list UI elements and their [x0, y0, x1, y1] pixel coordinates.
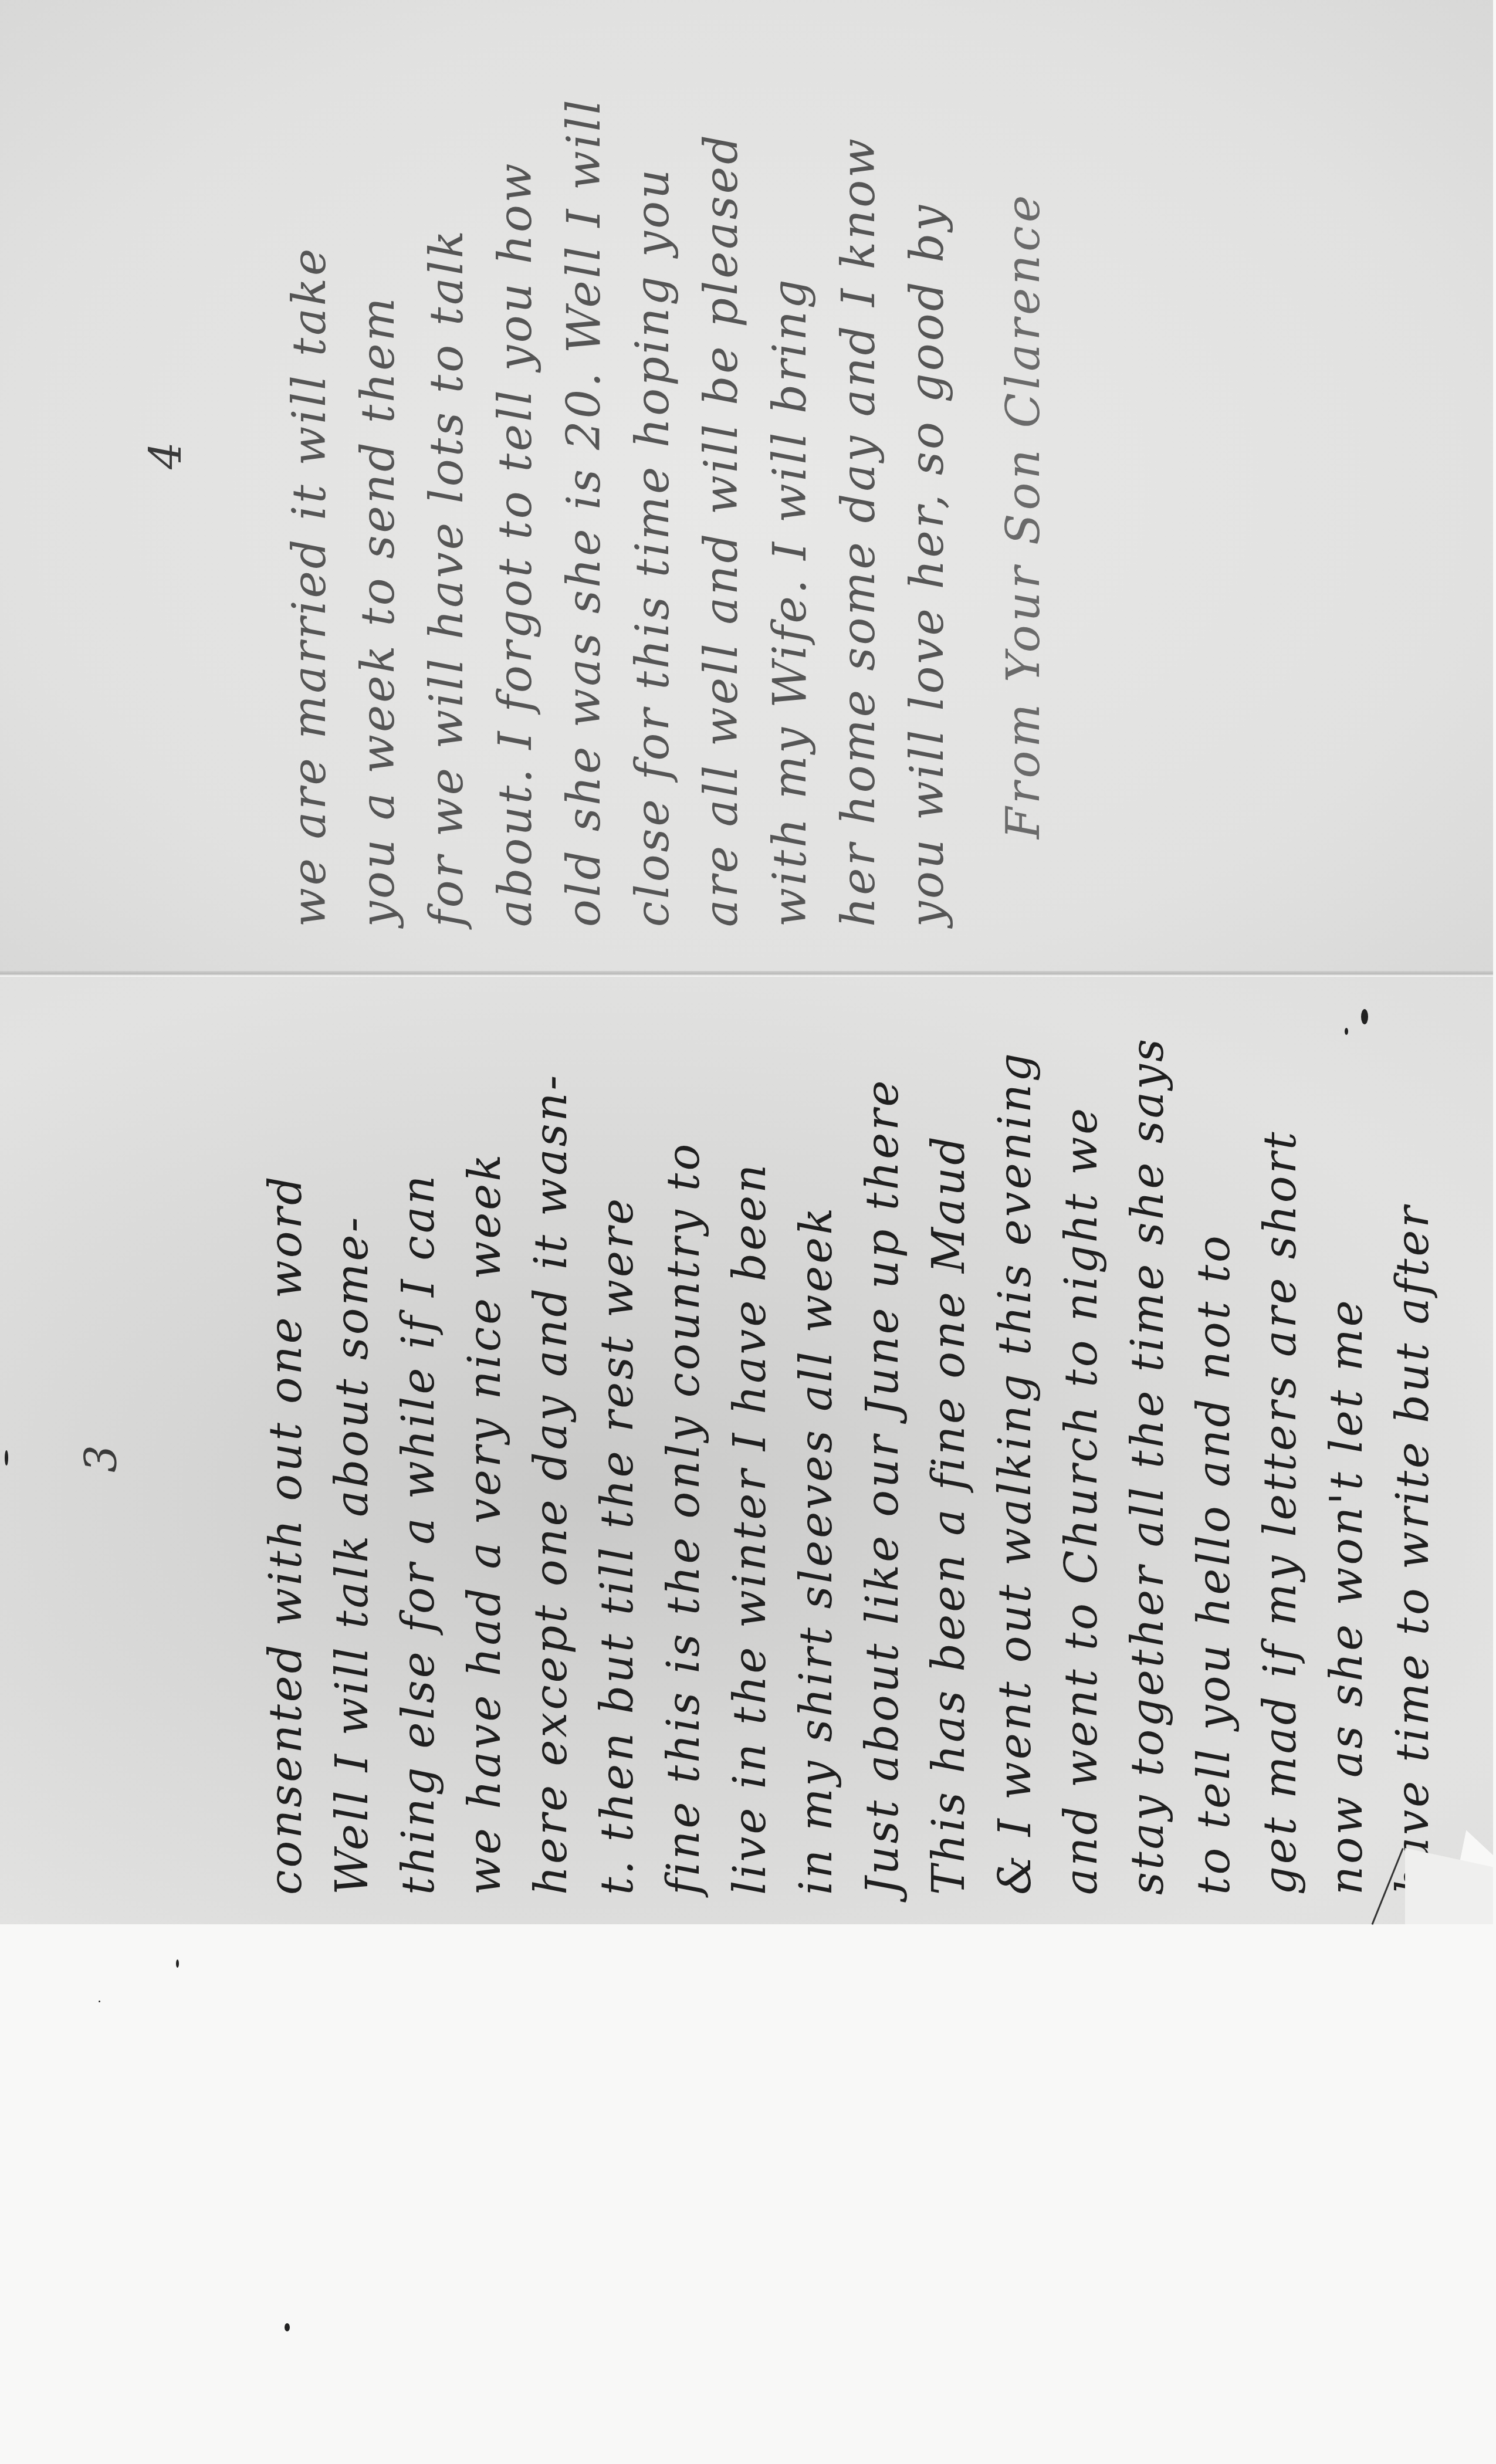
handwritten-line: get mad if my letters are short: [1247, 980, 1313, 1895]
handwritten-line: for we will have lots to talk: [413, 47, 482, 927]
scanned-document: 4 we are married it will take you a week…: [0, 0, 1496, 2464]
handwritten-line: we have had a very nice week: [451, 980, 517, 1895]
handwritten-line: thing else for a while if I can: [385, 980, 451, 1895]
letter-sheet: 4 we are married it will take you a week…: [0, 0, 1493, 1924]
page-3-lines: consented with out one word Well I will …: [252, 980, 1446, 1895]
handwritten-line: her home some day and I know: [825, 47, 893, 927]
handwritten-line: have time to write but after: [1379, 980, 1446, 1895]
handwritten-line: are all well and will be pleased: [688, 47, 756, 927]
page-4-lines: we are married it will take you a week t…: [276, 47, 962, 927]
signature: From Your Son Clarence: [997, 47, 1050, 927]
handwritten-line: fine this is the only country to: [650, 980, 716, 1895]
handwritten-line: about. I forgot to tell you how: [482, 47, 550, 927]
handwritten-line: in my shirt sleeves all week: [783, 980, 849, 1895]
handwritten-line: to tell you hello and not to: [1180, 980, 1247, 1895]
handwritten-line: now as she won't let me: [1313, 980, 1379, 1895]
handwritten-line: here except one day and it wasn-: [517, 980, 584, 1895]
handwritten-line: you a week to send them: [344, 47, 413, 927]
page-3-writing: 3 consented with out one word Well I wil…: [252, 980, 1355, 1895]
torn-corner: [1405, 1848, 1493, 1924]
handwritten-line: t. then but till the rest were: [584, 980, 650, 1895]
handwritten-line: we are married it will take: [276, 47, 344, 927]
handwritten-line: with my Wife. I will bring: [756, 47, 825, 927]
handwritten-line: old she was she is 20. Well I will: [550, 47, 619, 927]
handwritten-line: you will love her, so good by: [893, 47, 962, 927]
handwritten-line: & I went out walking this evening: [981, 980, 1048, 1895]
handwritten-line: close for this time hoping you: [619, 47, 688, 927]
handwritten-line: live in the winter I have been: [716, 980, 783, 1895]
handwritten-line: Just about like our June up there: [849, 980, 915, 1895]
page-number: 4: [141, 442, 191, 469]
page-4: 4 we are married it will take you a week…: [0, 0, 1493, 974]
handwritten-line: This has been a fine one Maud: [915, 980, 981, 1895]
handwritten-line: Well I will talk about some-: [319, 980, 385, 1895]
handwritten-line: stay together all the time she says: [1114, 980, 1180, 1895]
handwritten-line: consented with out one word: [252, 980, 319, 1895]
handwritten-line: and went to Church to night we: [1048, 980, 1114, 1895]
page-number: 3: [76, 1445, 127, 1473]
page-4-writing: 4 we are married it will take you a week…: [276, 47, 1038, 927]
